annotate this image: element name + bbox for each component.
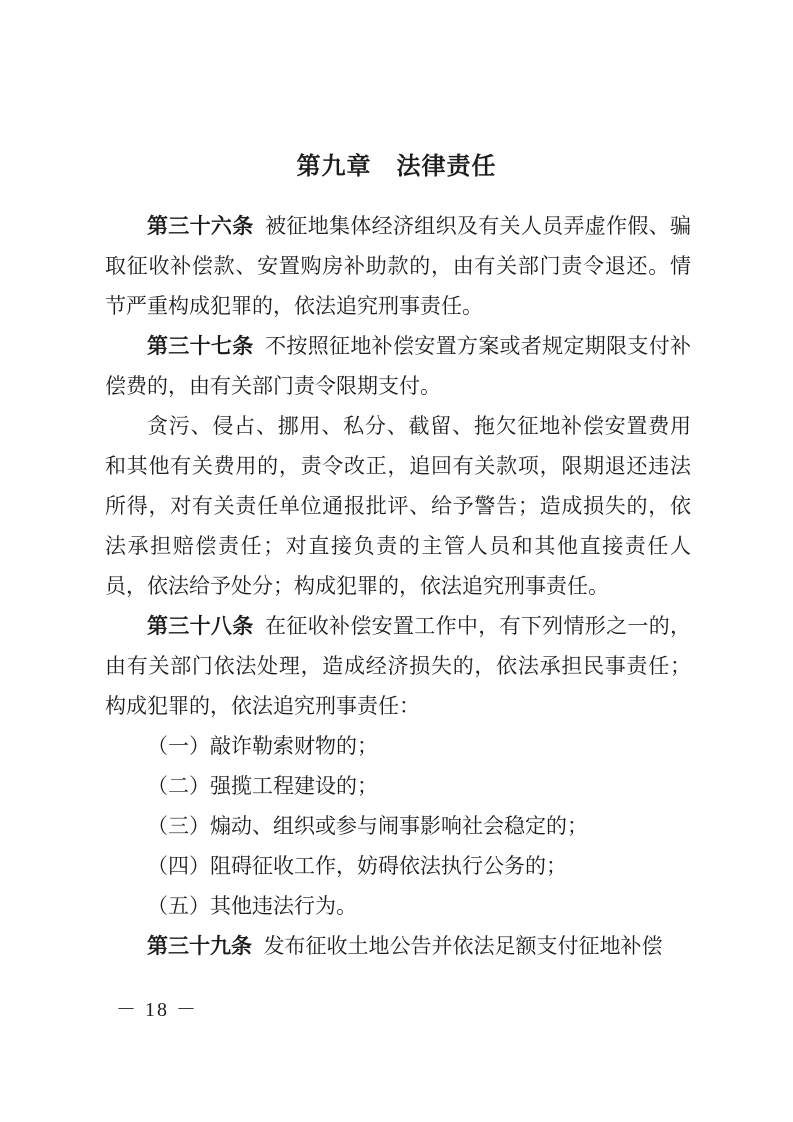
document-body: 第三十六条被征地集体经济组织及有关人员弄虚作假、骗取征收补偿款、安置购房补助款的… (105, 206, 691, 966)
article-37-number: 第三十七条 (147, 334, 254, 358)
list-item-1-text: （一）敲诈勒索财物的； (147, 734, 378, 758)
paragraph-article-38: 第三十八条在征收补偿安置工作中，有下列情形之一的，由有关部门依法处理，造成经济损… (105, 606, 691, 726)
list-item-3-text: （三）煽动、组织或参与闹事影响社会稳定的； (147, 814, 588, 838)
paragraph-article-39: 第三十九条发布征收土地公告并依法足额支付征地补偿 (105, 926, 691, 966)
document-page: 第九章 法律责任 第三十六条被征地集体经济组织及有关人员弄虚作假、骗取征收补偿款… (0, 0, 793, 1122)
list-item-2: （二）强揽工程建设的； (105, 766, 691, 806)
list-item-5-text: （五）其他违法行为。 (147, 894, 357, 918)
list-item-2-text: （二）强揽工程建设的； (147, 774, 378, 798)
list-item-3: （三）煽动、组织或参与闹事影响社会稳定的； (105, 806, 691, 846)
article-36-number: 第三十六条 (147, 214, 254, 238)
list-item-4-text: （四）阻碍征收工作，妨碍依法执行公务的； (147, 854, 567, 878)
article-38-number: 第三十八条 (147, 614, 254, 638)
article-39-text: 发布征收土地公告并依法足额支付征地补偿 (264, 934, 663, 958)
paragraph-article-36: 第三十六条被征地集体经济组织及有关人员弄虚作假、骗取征收补偿款、安置购房补助款的… (105, 206, 691, 326)
misuse-funds-text: 贪污、侵占、挪用、私分、截留、拖欠征地补偿安置费用和其他有关费用的，责令改正，追… (105, 414, 691, 598)
list-item-5: （五）其他违法行为。 (105, 886, 691, 926)
paragraph-article-37: 第三十七条不按照征地补偿安置方案或者规定期限支付补偿费的，由有关部门责令限期支付… (105, 326, 691, 406)
paragraph-misuse-funds: 贪污、侵占、挪用、私分、截留、拖欠征地补偿安置费用和其他有关费用的，责令改正，追… (105, 406, 691, 606)
list-item-1: （一）敲诈勒索财物的； (105, 726, 691, 766)
chapter-title: 第九章 法律责任 (0, 150, 793, 182)
article-39-number: 第三十九条 (147, 934, 252, 958)
list-item-4: （四）阻碍征收工作，妨碍依法执行公务的； (105, 846, 691, 886)
page-number: － 18 － (116, 997, 198, 1023)
